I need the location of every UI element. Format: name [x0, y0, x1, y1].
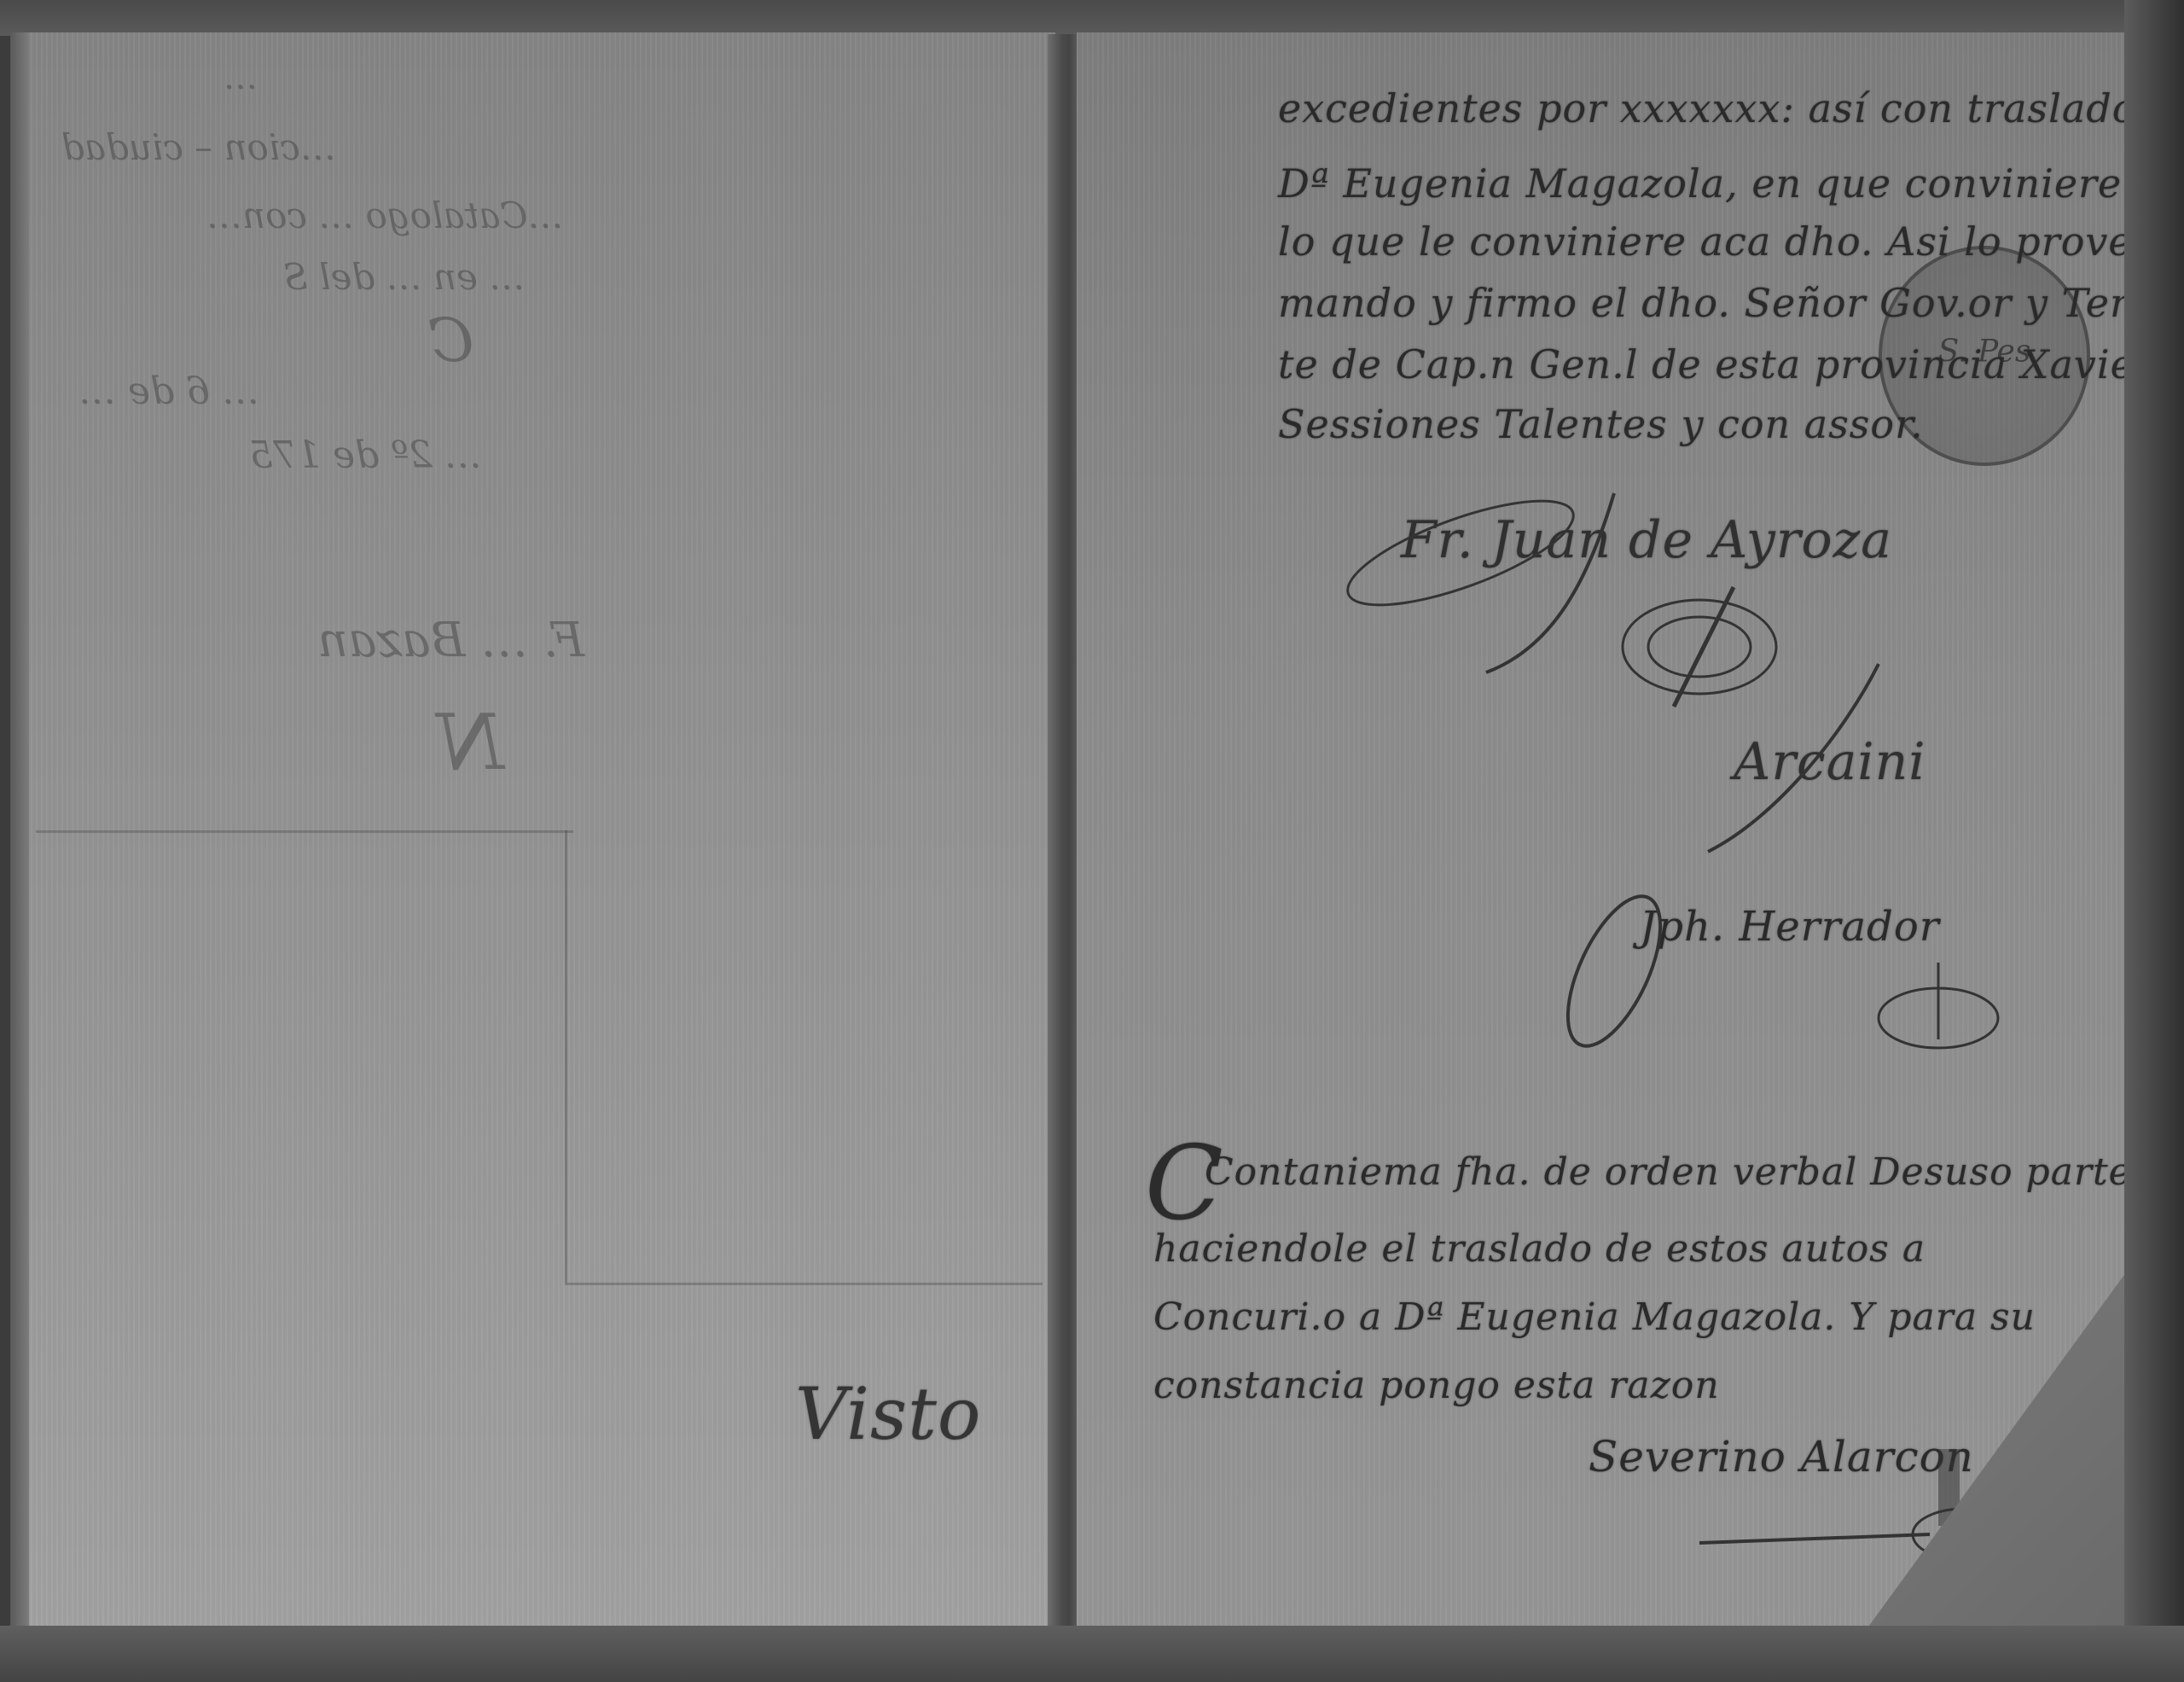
- bleed-through-line: …: [224, 58, 258, 97]
- bleed-through-line: … en … del S: [283, 256, 525, 298]
- bleed-through-line: C: [428, 306, 474, 375]
- bleed-through-rule: [565, 830, 568, 1283]
- certification-line: constancia pongo esta razon: [1153, 1364, 1720, 1407]
- bleed-through-line: …cion – ciudad: [61, 126, 336, 168]
- bleed-through-rule: [565, 1283, 1043, 1286]
- body-line: mando y firmo el dho. Señor Gov.or y Ten…: [1278, 280, 2184, 326]
- right-page: S. Pes excedientes por xxxxxxx: así con …: [1077, 32, 2130, 1645]
- rubric-flourish-icon: [1537, 869, 2015, 1065]
- bleed-through-line: … 2º de 175: [249, 434, 482, 477]
- signature-stroke-icon: [1674, 647, 1930, 869]
- body-line: excedientes por xxxxxxx: así con traslad…: [1278, 85, 2136, 131]
- certification-line: haciendole el traslado de estos autos a: [1153, 1227, 1926, 1271]
- scan-bottom-edge: [0, 1626, 2184, 1682]
- left-page: … …cion – ciudad …Catalogo … con… … en ……: [10, 32, 1055, 1637]
- certification-line: Contaniema fha. de orden verbal Desuso p…: [1205, 1150, 2132, 1194]
- bleed-through-line: N: [437, 698, 504, 788]
- body-line: Dª Eugenia Magazola, en que conviniere: [1278, 160, 2122, 207]
- body-line: lo que le conviniere aca dho. Asi lo pro…: [1278, 218, 2180, 265]
- scan-right-edge: [2124, 0, 2184, 1682]
- bleed-through-line: …Catalogo … con…: [206, 195, 564, 236]
- certification-line: Concuri.o a Dª Eugenia Magazola. Y para …: [1153, 1295, 2036, 1339]
- bleed-through-rule: [36, 830, 573, 834]
- scan-top-edge: [0, 0, 2184, 36]
- body-line: te de Cap.n Gen.l de esta provincia Xavi…: [1278, 341, 2154, 387]
- body-line: Sessiones Talentes y con assor.: [1278, 401, 1924, 447]
- bleed-through-line: … 6 de …: [78, 370, 259, 413]
- left-page-edge: [10, 32, 29, 1637]
- visto-annotation: Visto: [795, 1372, 982, 1456]
- bleed-through-line: F. … Bazan: [317, 613, 584, 668]
